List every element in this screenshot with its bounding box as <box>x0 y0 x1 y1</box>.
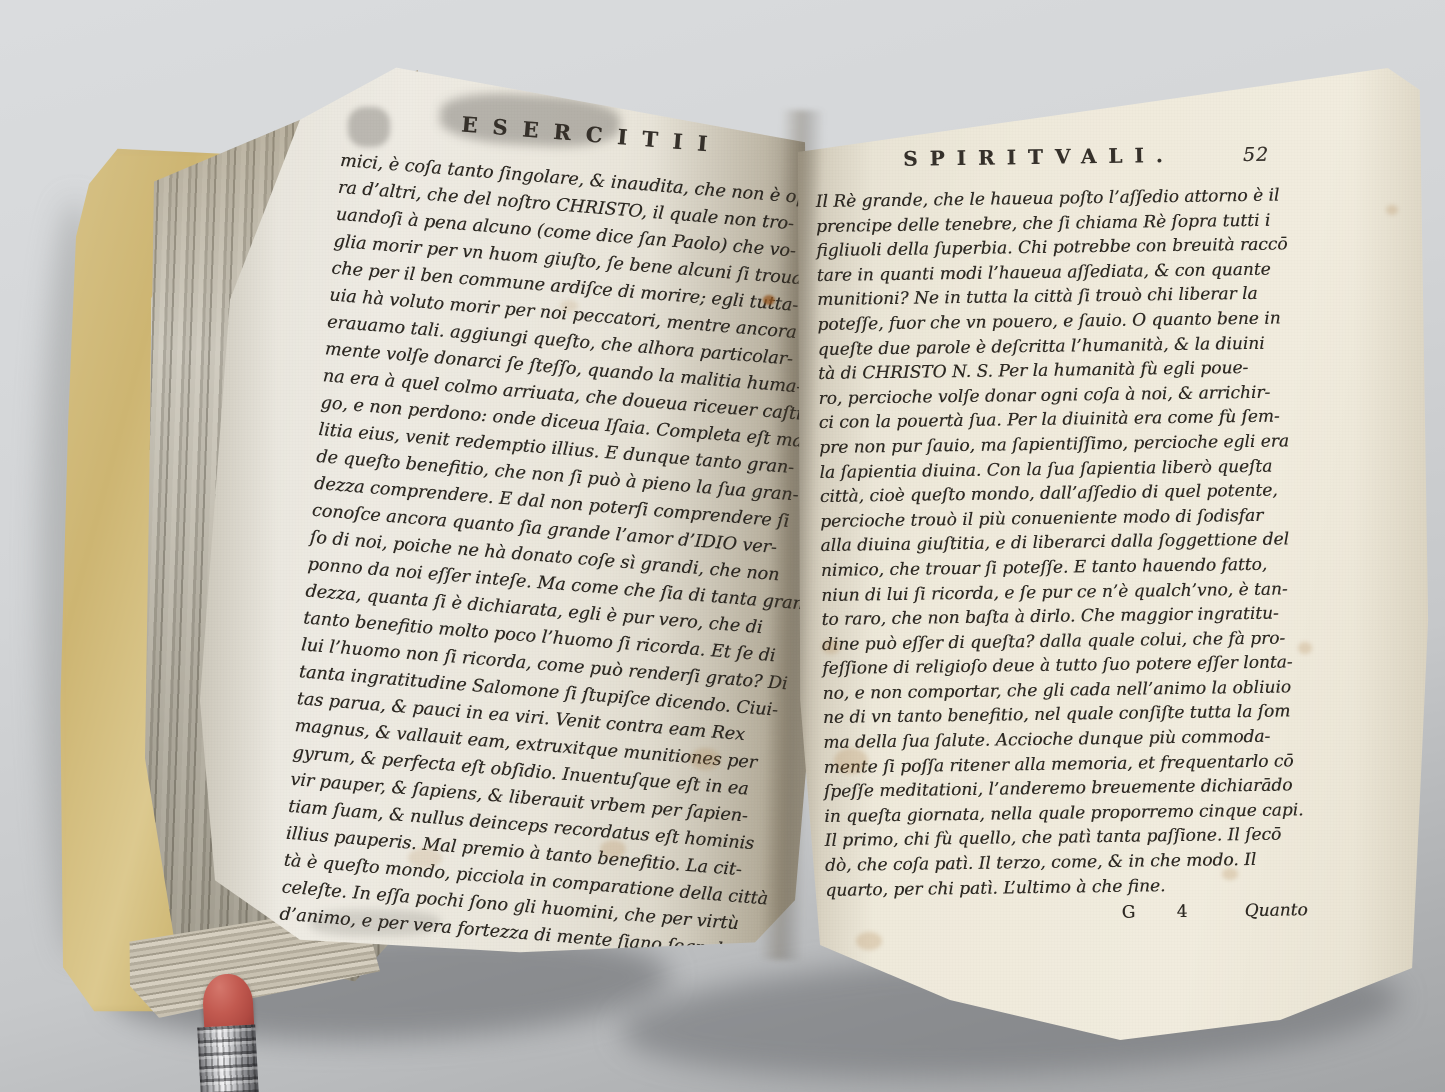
page-number: 52 <box>1243 143 1270 168</box>
right-catchword: Quanto <box>1244 898 1307 923</box>
right-page: SPIRITVALI. 52 Il Rè grande, che le haue… <box>790 50 1430 1050</box>
left-page-text: ESERCITII mici, è coſa tanto ſingolare, … <box>276 101 805 955</box>
book-photo: ESERCITII mici, è coſa tanto ſingolare, … <box>0 0 1445 1092</box>
right-page-text: SPIRITVALI. 52 Il Rè grande, che le haue… <box>815 141 1318 930</box>
left-text-lines: mici, è coſa tanto ſingolare, & inaudita… <box>278 148 801 955</box>
pencil <box>196 950 266 1092</box>
right-running-head: SPIRITVALI. 52 <box>903 141 1307 175</box>
left-header-title: ESERCITII <box>460 110 723 158</box>
right-text-lines: Il Rè grande, che le haueua poſto l’aſſe… <box>816 183 1318 903</box>
left-page: ESERCITII mici, è coſa tanto ſingolare, … <box>190 55 815 955</box>
signature-row: G 4 Quanto <box>826 898 1318 929</box>
right-header-title: SPIRITVALI. <box>903 143 1175 171</box>
left-running-head: ESERCITII <box>460 110 805 167</box>
signature-mark: G 4 <box>1122 900 1206 926</box>
pencil-ferrule <box>197 1025 259 1092</box>
